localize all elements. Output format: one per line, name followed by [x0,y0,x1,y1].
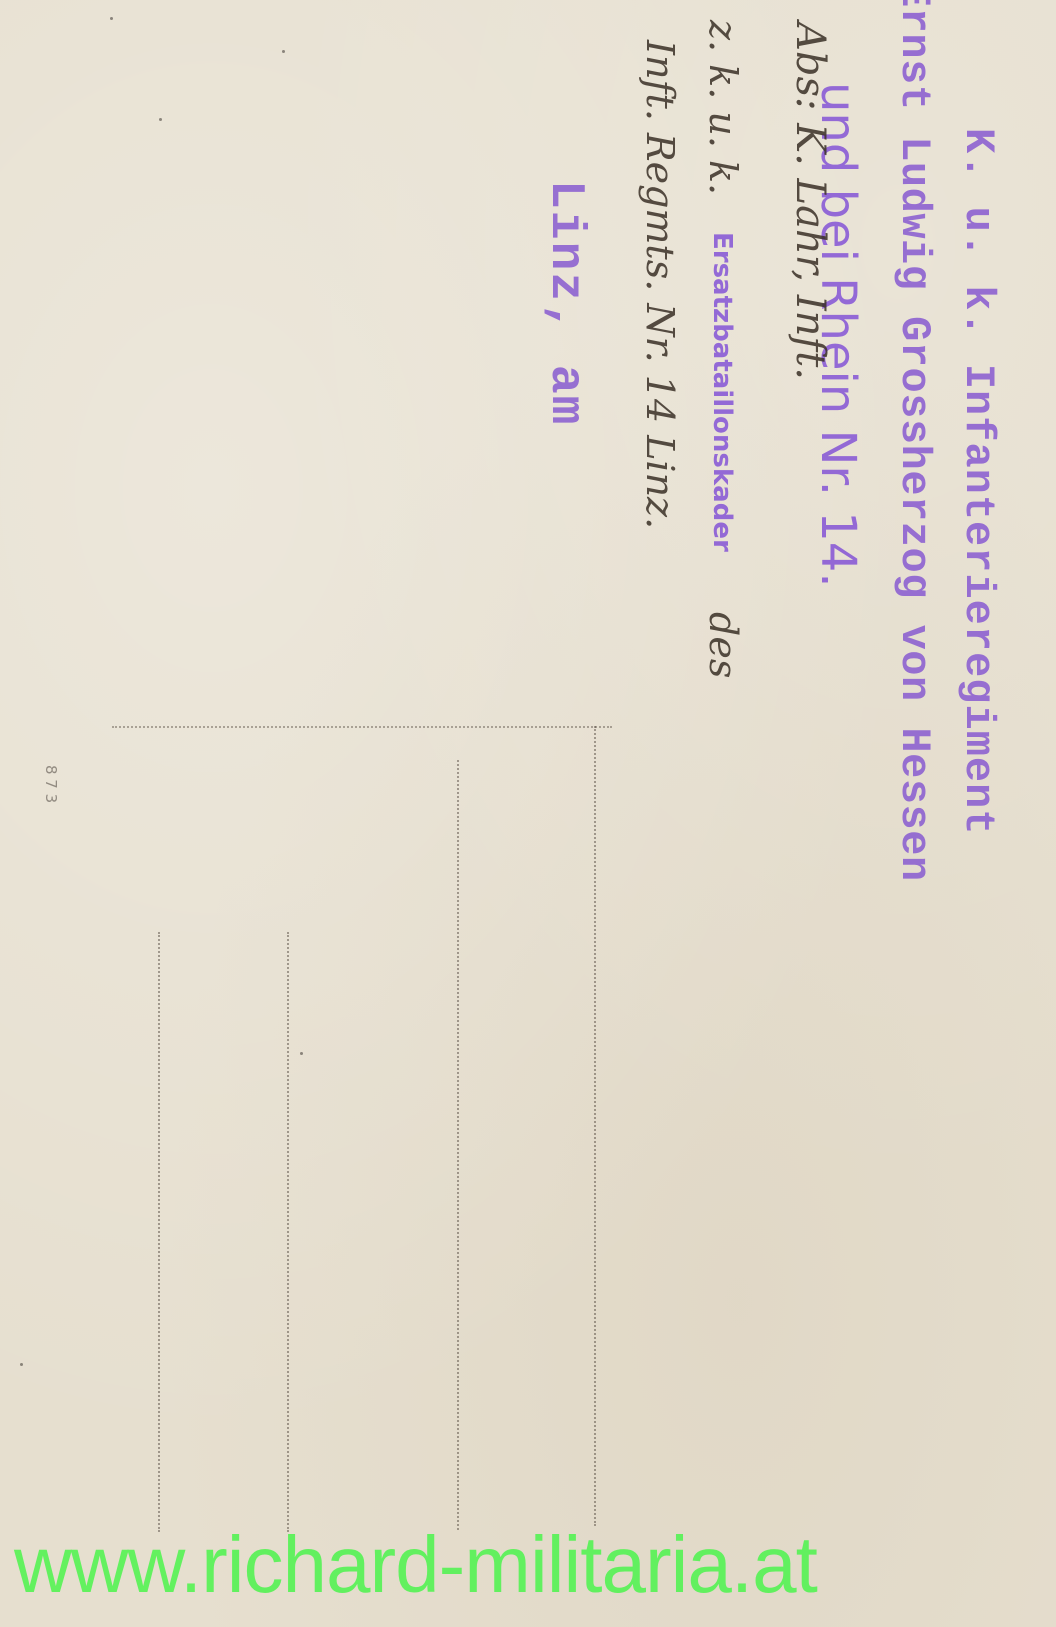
stamp-place-date: Linz, am [538,180,592,426]
address-line-4 [594,726,596,1526]
print-number: 8 7 3 [42,765,60,803]
stamp-ersatzbataillonskader: Ersatzbataillonskader [707,232,737,552]
address-line-2 [287,932,289,1532]
address-line-3 [457,760,459,1530]
paper-speck [300,1052,303,1055]
paper-speck [159,118,162,121]
handwriting-unit-suffix: des [701,612,745,678]
handwriting-regiment: Inft. Regmts. Nr. 14 Linz. [638,40,682,529]
paper-speck [282,50,285,53]
divider-line [112,726,612,728]
handwriting-sender: Abs: K. Lahr, Inft. [787,22,833,380]
handwriting-unit-prefix: z. k. u. k. [701,20,745,195]
stamp-line-regiment: K. u. k. Infanterieregiment [954,128,1002,836]
paper-speck [20,1363,23,1366]
postcard-back: K. u. k. Infanterieregiment Ernst Ludwig… [0,0,1056,1627]
paper-speck [110,17,113,20]
stamp-line-name: Ernst Ludwig Grossherzog von Hessen [890,0,938,882]
address-line-1 [158,932,160,1532]
watermark: www.richard-militaria.at [14,1525,817,1605]
